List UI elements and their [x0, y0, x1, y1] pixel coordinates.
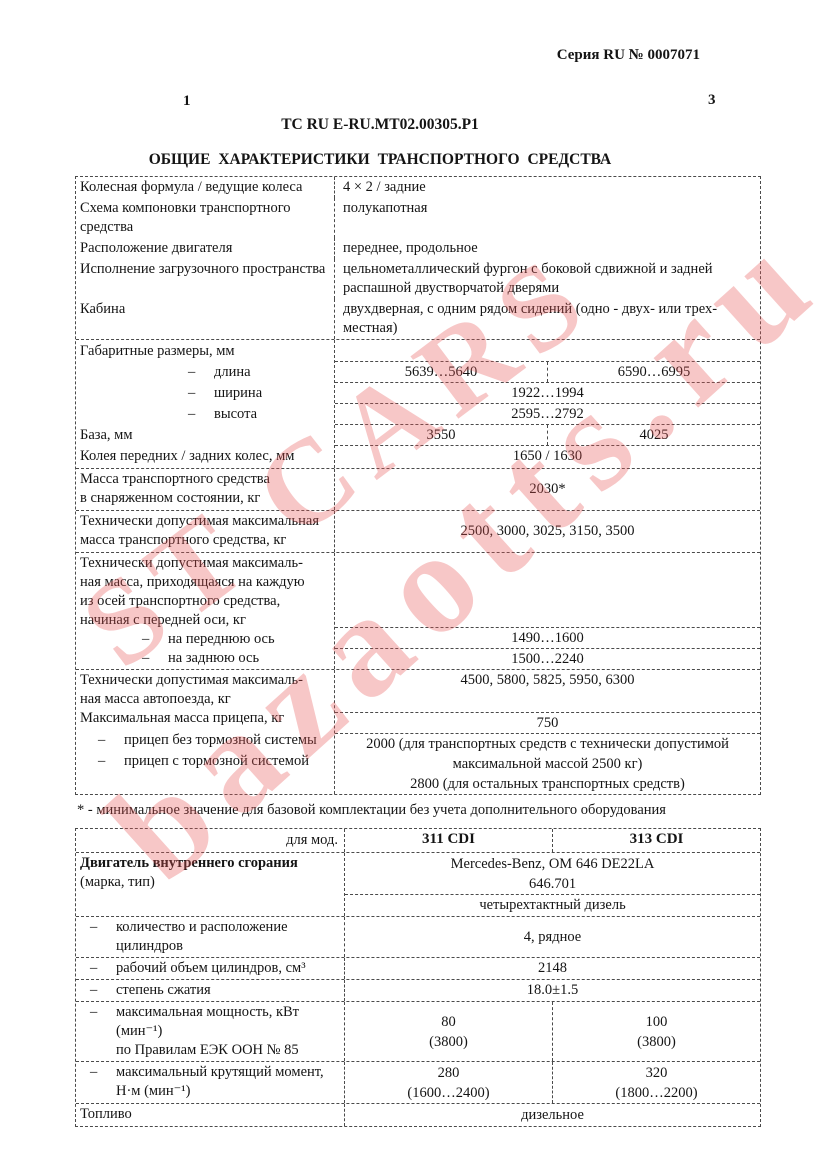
- power-rpm: (3800): [429, 1032, 468, 1052]
- row-value: 2000 (для транспортных средств с техниче…: [335, 734, 760, 774]
- row-value: 2030*: [334, 469, 760, 510]
- dimensions-block: Габаритные размеры, мм –длина –ширина –в…: [76, 339, 760, 468]
- dash-bullet: –: [90, 1063, 116, 1082]
- row-value: двухдверная, с одним рядом сидений (одно…: [334, 299, 760, 339]
- dash-bullet: –: [98, 752, 124, 771]
- torque-value: 280: [438, 1063, 460, 1083]
- displacement-row: –рабочий объем цилиндров, см³ 2148: [76, 957, 760, 979]
- row-value: 4025: [547, 425, 760, 445]
- row-label: Максимальная масса прицепа, кг: [80, 709, 330, 731]
- label-line: ная масса, приходящаяся на каждую: [80, 573, 330, 592]
- torque-value: 320: [646, 1063, 668, 1083]
- torque-row: –максимальный крутящий момент, Н·м (мин⁻…: [76, 1061, 760, 1103]
- row-label: –на заднюю ось: [80, 649, 330, 668]
- label-line: ная масса автопоезда, кг: [80, 690, 330, 709]
- table-row: Исполнение загрузочного пространства цел…: [76, 259, 760, 299]
- section-title: ОБЩИЕ ХАРАКТЕРИСТИКИ ТРАНСПОРТНОГО СРЕДС…: [55, 150, 705, 169]
- approval-number: ТС RU E-RU.MT02.00305.P1: [70, 115, 690, 134]
- row-value: 2148: [344, 958, 760, 979]
- label-line: –количество и расположение цилиндров: [80, 918, 338, 956]
- dash-bullet: –: [188, 362, 214, 383]
- row-value: 4 × 2 / задние: [334, 177, 760, 198]
- empty-cell: [335, 553, 760, 627]
- compression-label: степень сжатия: [116, 981, 211, 1000]
- engine-label: Двигатель внутреннего сгорания (марка, т…: [76, 853, 344, 916]
- braked-trailer-cell: 2000 (для транспортных средств с техниче…: [335, 733, 760, 794]
- dash-bullet: –: [98, 731, 124, 752]
- cylinders-row: –количество и расположение цилиндров 4, …: [76, 916, 760, 957]
- power-313: 100 (3800): [552, 1002, 760, 1061]
- length-row: 5639…5640 6590…6995: [335, 361, 760, 382]
- axle-mass-values: 1490…1600 1500…2240: [334, 553, 760, 669]
- dash-bullet: –: [90, 959, 116, 978]
- label-line: Н·м (мин⁻¹): [80, 1082, 338, 1101]
- row-label: Масса транспортного средства в снаряженн…: [76, 469, 334, 510]
- row-value: 2595…2792: [335, 403, 760, 424]
- torque-311: 280 (1600…2400): [345, 1062, 552, 1103]
- row-label: База, мм: [80, 425, 330, 446]
- engine-make-cell: Mercedes-Benz, OM 646 DE22LA 646.701: [345, 853, 760, 894]
- label-line: Технически допустимая максималь-: [80, 671, 330, 690]
- engine-row: Двигатель внутреннего сгорания (марка, т…: [76, 852, 760, 916]
- engine-model: 646.701: [529, 874, 576, 894]
- row-label: –степень сжатия: [76, 980, 344, 1001]
- empty-cell: [335, 340, 760, 361]
- dimensions-values: 5639…5640 6590…6995 1922…1994 2595…2792 …: [334, 340, 760, 468]
- row-label: –на переднюю ось: [80, 630, 330, 649]
- label-line: –максимальная мощность, кВт (мин⁻¹): [80, 1003, 338, 1041]
- row-label: Колесная формула / ведущие колеса: [76, 177, 334, 198]
- row-label: Топливо: [76, 1104, 344, 1126]
- torque-values: 280 (1600…2400) 320 (1800…2200): [344, 1062, 760, 1103]
- dash-bullet: –: [142, 649, 168, 668]
- label-line: (марка, тип): [80, 873, 338, 892]
- cylinders-label: количество и расположение цилиндров: [116, 918, 338, 956]
- row-value: 2500, 3000, 3025, 3150, 3500: [334, 511, 760, 552]
- trailer-item: прицеп с тормозной системой: [124, 752, 309, 771]
- row-label: –максимальный крутящий момент, Н·м (мин⁻…: [76, 1062, 344, 1103]
- row-label: –ширина: [80, 383, 330, 404]
- label-line: начиная с передней оси, кг: [80, 611, 330, 630]
- label-line: из осей транспортного средства,: [80, 592, 330, 611]
- series-number: Серия RU № 0007071: [0, 46, 700, 65]
- axle-item: на заднюю ось: [168, 649, 259, 668]
- row-value: 3550: [335, 425, 547, 445]
- row-label: Схема компоновки транспортного средства: [76, 198, 334, 238]
- curb-mass-row: Масса транспортного средства в снаряженн…: [76, 468, 760, 510]
- dash-bullet: –: [142, 630, 168, 649]
- engine-type: четырехтактный дизель: [345, 894, 760, 916]
- table-row: Расположение двигателя переднее, продоль…: [76, 238, 760, 259]
- torque-313: 320 (1800…2200): [552, 1062, 760, 1103]
- row-value: цельнометаллический фургон с боковой сдв…: [334, 259, 760, 299]
- row-value: 1490…1600: [335, 627, 760, 648]
- dimensions-labels: Габаритные размеры, мм –длина –ширина –в…: [76, 340, 334, 468]
- displacement-label: рабочий объем цилиндров, см³: [116, 959, 306, 978]
- engine-table: для мод. 311 CDI 313 CDI Двигатель внутр…: [75, 828, 761, 1127]
- page-number-left: 1: [183, 92, 191, 111]
- document-page: Серия RU № 0007071 1 3 ТС RU E-RU.MT02.0…: [0, 0, 827, 1170]
- trailer-item: прицеп без тормозной системы: [124, 731, 317, 752]
- row-label: –прицеп с тормозной системой: [80, 752, 330, 771]
- model-columns-split: 311 CDI 313 CDI: [345, 829, 760, 852]
- row-label: –длина: [80, 362, 330, 383]
- label-line: Масса транспортного средства: [80, 470, 330, 489]
- trailer-values: 4500, 5800, 5825, 5950, 6300 750 2000 (д…: [334, 670, 760, 794]
- row-label: –прицеп без тормозной системы: [80, 731, 330, 752]
- row-label: Расположение двигателя: [76, 238, 334, 259]
- engine-values: Mercedes-Benz, OM 646 DE22LA 646.701 чет…: [344, 853, 760, 916]
- label-line: в снаряженном состоянии, кг: [80, 489, 330, 508]
- torque-split: 280 (1600…2400) 320 (1800…2200): [345, 1062, 760, 1103]
- row-value: 4500, 5800, 5825, 5950, 6300: [335, 670, 760, 712]
- document-content: Колесная формула / ведущие колеса 4 × 2 …: [75, 176, 761, 1127]
- row-value: 1650 / 1630: [335, 445, 760, 466]
- power-row: –максимальная мощность, кВт (мин⁻¹) по П…: [76, 1001, 760, 1061]
- engine-make: Mercedes-Benz, OM 646 DE22LA: [451, 854, 655, 874]
- power-split: 80 (3800) 100 (3800): [345, 1002, 760, 1061]
- row-value: дизельное: [344, 1104, 760, 1126]
- row-value: 1922…1994: [335, 382, 760, 403]
- row-label: –рабочий объем цилиндров, см³: [76, 958, 344, 979]
- row-value: 1500…2240: [335, 648, 760, 669]
- trailer-labels: Технически допустимая максималь- ная мас…: [76, 670, 334, 794]
- column-header-311cdi: 311 CDI: [345, 829, 552, 852]
- dash-bullet: –: [90, 918, 116, 956]
- axle-mass-block: Технически допустимая максималь- ная мас…: [76, 552, 760, 669]
- engine-table-header: для мод. 311 CDI 313 CDI: [76, 829, 760, 852]
- row-label: –высота: [80, 404, 330, 425]
- label-line: по Правилам ЕЭК ООН № 85: [80, 1041, 338, 1060]
- table-row: Схема компоновки транспортного средства …: [76, 198, 760, 238]
- row-value: полукапотная: [334, 198, 760, 238]
- row-label: Кабина: [76, 299, 334, 339]
- row-value: переднее, продольное: [334, 238, 760, 259]
- label-line: –максимальный крутящий момент,: [80, 1063, 338, 1082]
- label-line: масса транспортного средства, кг: [80, 531, 330, 550]
- column-header-313cdi: 313 CDI: [552, 829, 760, 852]
- fuel-row: Топливо дизельное: [76, 1103, 760, 1126]
- compression-row: –степень сжатия 18.0±1.5: [76, 979, 760, 1001]
- models-label: для мод.: [76, 829, 344, 852]
- power-values: 80 (3800) 100 (3800): [344, 1002, 760, 1061]
- max-mass-row: Технически допустимая максимальная масса…: [76, 510, 760, 552]
- row-label: –максимальная мощность, кВт (мин⁻¹) по П…: [76, 1002, 344, 1061]
- label-line: Технически допустимая максималь-: [80, 554, 330, 573]
- footnote: * - минимальное значение для базовой ком…: [77, 801, 761, 820]
- dash-bullet: –: [90, 981, 116, 1000]
- row-label: Колея передних / задних колес, мм: [80, 446, 330, 467]
- power-value: 100: [646, 1012, 668, 1032]
- power-value: 80: [441, 1012, 456, 1032]
- label-line: Двигатель внутреннего сгорания: [80, 854, 338, 873]
- row-value: 4, рядное: [344, 917, 760, 957]
- row-label: Габаритные размеры, мм: [80, 341, 330, 362]
- dimension-item: ширина: [214, 383, 262, 404]
- row-value: 6590…6995: [547, 362, 760, 382]
- row-label: Исполнение загрузочного пространства: [76, 259, 334, 299]
- row-value: 2800 (для остальных транспортных средств…: [335, 774, 760, 794]
- row-label: –количество и расположение цилиндров: [76, 917, 344, 957]
- row-value: 750: [335, 712, 760, 733]
- dash-bullet: –: [90, 1003, 116, 1041]
- power-rpm: (3800): [637, 1032, 676, 1052]
- axle-mass-labels: Технически допустимая максималь- ная мас…: [76, 553, 334, 669]
- power-label: максимальная мощность, кВт (мин⁻¹): [116, 1003, 338, 1041]
- row-label: Технически допустимая максимальная масса…: [76, 511, 334, 552]
- page-number-right: 3: [708, 91, 716, 110]
- torque-label: максимальный крутящий момент,: [116, 1063, 324, 1082]
- table-row: Кабина двухдверная, с одним рядом сидени…: [76, 299, 760, 339]
- torque-rpm: (1600…2400): [407, 1083, 489, 1103]
- dimension-item: длина: [214, 362, 251, 383]
- torque-rpm: (1800…2200): [615, 1083, 697, 1103]
- label-line: –рабочий объем цилиндров, см³: [80, 959, 338, 978]
- row-value: 5639…5640: [335, 362, 547, 382]
- row-value: 18.0±1.5: [344, 980, 760, 1001]
- trailer-block: Технически допустимая максималь- ная мас…: [76, 669, 760, 794]
- base-row: 3550 4025: [335, 424, 760, 445]
- dash-bullet: –: [188, 404, 214, 425]
- label-line: –степень сжатия: [80, 981, 338, 1000]
- model-columns: 311 CDI 313 CDI: [344, 829, 760, 852]
- power-311: 80 (3800): [345, 1002, 552, 1061]
- axle-item: на переднюю ось: [168, 630, 275, 649]
- label-line: Технически допустимая максимальная: [80, 512, 330, 531]
- dimension-item: высота: [214, 404, 257, 425]
- dash-bullet: –: [188, 383, 214, 404]
- table-row: Колесная формула / ведущие колеса 4 × 2 …: [76, 177, 760, 198]
- general-characteristics-table: Колесная формула / ведущие колеса 4 × 2 …: [75, 176, 761, 795]
